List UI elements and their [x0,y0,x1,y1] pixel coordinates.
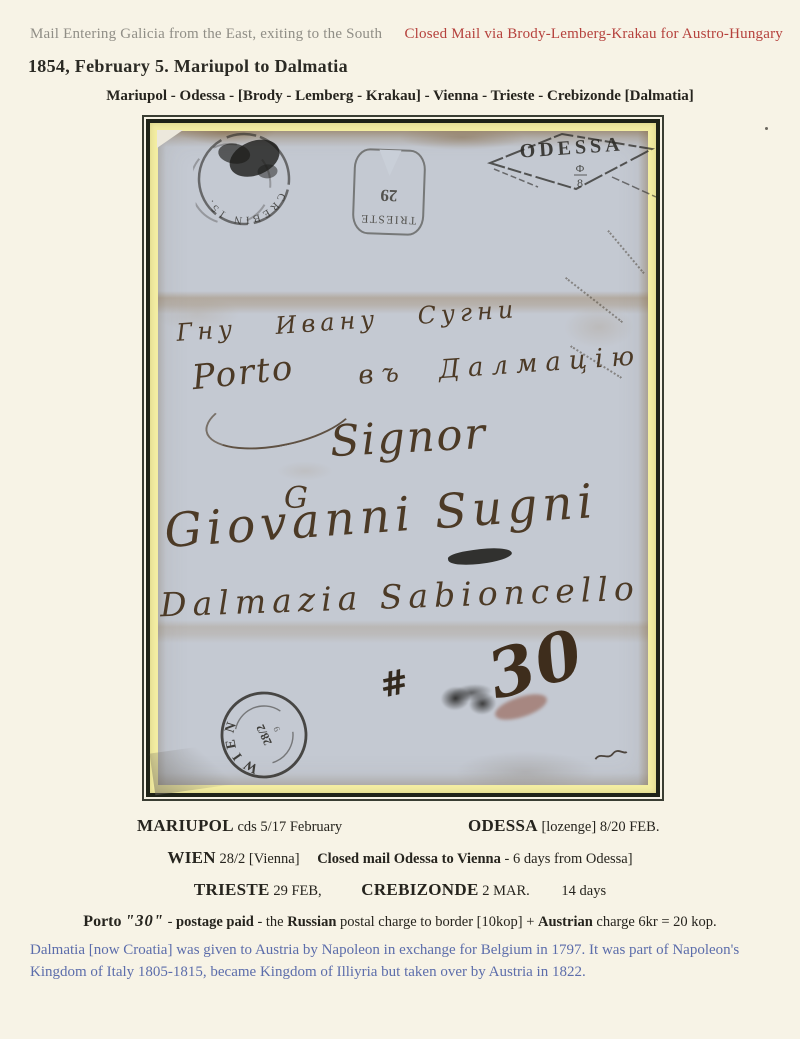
caption-postage-bold: postage paid [176,914,254,930]
header-left-text: Mail Entering Galicia from the East, exi… [30,26,382,43]
svg-text:CREBIN 15.: CREBIN 15. [202,190,289,229]
crebizonde-cds-stamp: CREBIN 15. [191,126,298,233]
caption-trieste-crebizonde: TRIESTE 29 FEB, CREBIZONDE 2 MAR. 14 day… [0,880,800,900]
caption-russian-bold: Russian [287,914,336,930]
page-speck [765,127,768,130]
caption-porto-rate: "30" [125,911,164,930]
torn-corner [157,130,183,148]
odessa-stamp-text: ODESSA [519,133,624,162]
caption-odessa: ODESSA [lozenge] 8/20 FEB. [468,816,659,836]
historical-note-line2: Kingdom of Italy 1805-1815, became Kingd… [30,964,586,981]
manuscript-destination-cyrillic: въ Далмацію [357,341,643,391]
caption-porto: Porto "30" - postage paid - the Russian … [0,911,800,931]
caption-wien: WIEN 28/2 [Vienna] Closed mail Odessa to… [0,848,800,868]
caption-porto-bold: Porto [83,913,121,930]
caption-mariupol-rest: cds 5/17 February [237,819,342,835]
cover-mat: CREBIN 15. TRIESTE 29 ODESSA Ф 8 [146,119,660,797]
caption-austrian-bold: Austrian [538,914,593,930]
caption-odessa-rest: [lozenge] 8/20 FEB. [541,819,659,835]
caption-mariupol: MARIUPOL cds 5/17 February [137,816,342,836]
caption-wien-bold: WIEN [167,848,215,867]
ink-squiggle [593,747,628,764]
manuscript-name: Giovanni Sugni [163,474,600,559]
caption-porto-seg4: charge 6kr = 20 kop. [596,914,716,930]
wien-stamp-date: 28/2 [253,722,275,747]
caption-crebizonde-bold: CREBIZONDE [361,880,478,899]
exhibit-page: Mail Entering Galicia from the East, exi… [0,0,800,1039]
caption-closedmail-rest: - 6 days from Odessa] [505,851,633,867]
caption-trieste-rest: 29 FEB, [273,883,321,899]
ink-speck-trail [565,277,623,323]
caption-mariupol-bold: MARIUPOL [137,816,234,835]
caption-porto-seg1: - [168,914,173,930]
caption-porto-seg2: - the [257,914,283,930]
cover-frame: CREBIN 15. TRIESTE 29 ODESSA Ф 8 [142,115,664,801]
odessa-lozenge-stamp: ODESSA Ф 8 [484,127,659,203]
caption-crebizonde-rest: 2 MAR. [482,883,530,899]
caption-odessa-bold: ODESSA [468,816,538,835]
historical-note-line1: Dalmatia [now Croatia] was given to Aust… [30,942,739,959]
trieste-stamp-text: TRIESTE [354,212,422,226]
caption-porto-seg3: postal charge to border [10kop] + [340,914,534,930]
page-title: 1854, February 5. Mariupol to Dalmatia [28,56,348,77]
caption-days: 14 days [561,883,606,899]
odessa-stamp-day: 8 [577,176,583,190]
ink-speck-trail [607,230,645,274]
wien-stamp-date2: 9 [271,724,282,733]
caption-wien-rest: 28/2 [Vienna] [220,851,300,867]
header-right-text: Closed Mail via Brody-Lemberg-Krakau for… [404,26,783,43]
caption-closedmail-bold: Closed mail Odessa to Vienna [317,851,501,867]
manuscript-hash-mark: # [376,661,412,706]
trieste-stamp-day: 29 [355,184,424,206]
ink-blob [447,544,513,569]
route-line: Mariupol - Odessa - [Brody - Lemberg - K… [0,88,800,105]
ink-smudge [434,678,504,725]
crebizonde-cds-text: CREBIN 15. [202,190,289,229]
manuscript-addressee-cyrillic: Гну Ивану Сугни [175,295,519,347]
caption-trieste-bold: TRIESTE [194,880,270,899]
cover-scan: CREBIN 15. TRIESTE 29 ODESSA Ф 8 [158,131,648,785]
trieste-transit-stamp: TRIESTE 29 [352,148,427,236]
odessa-stamp-month: Ф [576,163,585,175]
manuscript-signor: Signor [329,409,488,467]
